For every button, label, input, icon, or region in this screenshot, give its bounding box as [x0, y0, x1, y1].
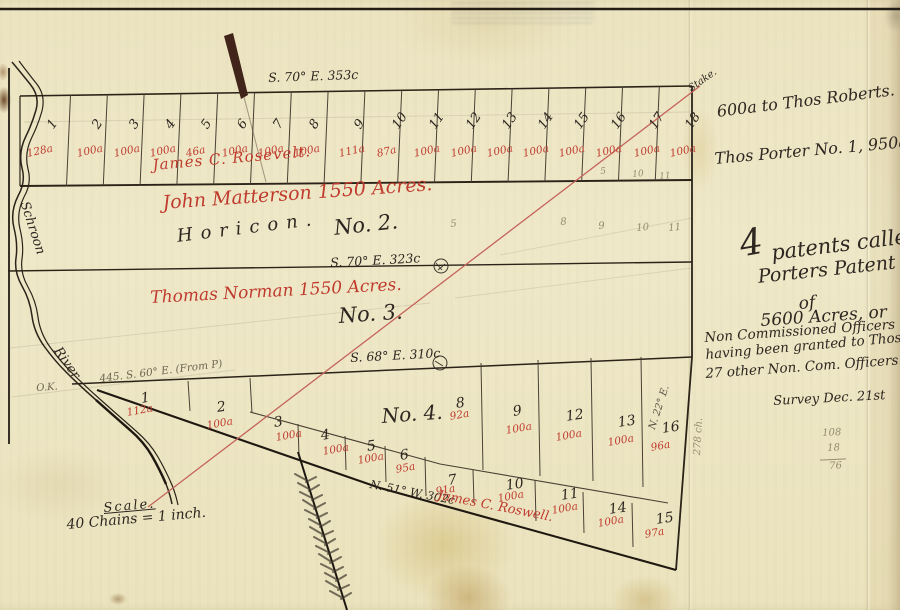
strip1-lot-number: 12 — [464, 110, 484, 131]
strip1-lot-divider — [545, 88, 549, 181]
section3-number-label: No. 3. — [338, 302, 403, 327]
no4-lot-acreage: 100a — [206, 416, 234, 431]
section2-owner-label: John Matterson 1550 Acres. — [162, 175, 433, 213]
strip1-lot-number: 3 — [127, 117, 142, 131]
strip1-lot-divider — [287, 92, 291, 184]
strip1-lot-divider — [508, 89, 512, 182]
no4-row-separator — [250, 412, 668, 503]
strip1-lot-number: 11 — [427, 110, 447, 131]
patent-line-4: 4 — [737, 224, 766, 263]
no4-lot-number: 4 — [320, 428, 331, 443]
no4-lot-number: 13 — [617, 414, 637, 430]
strip1-lot-number: 13 — [500, 110, 520, 131]
feather-arrow-barbs — [295, 474, 351, 599]
no4-lot-acreage: 100a — [551, 501, 579, 516]
embossed-stamp — [452, 0, 594, 24]
strip1-lot-number: 10 — [390, 110, 410, 131]
river-name-lower-label: River — [51, 345, 82, 381]
river-line-west — [12, 62, 172, 504]
strip1-pencil-note: 5 — [600, 168, 606, 177]
strip1-lot-divider — [435, 90, 439, 183]
strip1-bearing-label: S. 70° E. 353c — [268, 69, 359, 85]
circled-mark-upper-scribble — [436, 263, 445, 270]
strip1-lot-divider — [619, 87, 623, 181]
strip1-lot-number: 16 — [609, 110, 629, 131]
strip1-lot-number: 17 — [647, 110, 667, 131]
survey-map-scan: S. 70° E. 353c James C. Rosevelt. John M… — [0, 0, 900, 610]
strip1-top-line — [20, 86, 692, 96]
no4-lot-acreage: 100a — [505, 421, 533, 436]
pencil-fraction-value: 108 — [822, 428, 842, 439]
strip1-lot-number: 18 — [683, 110, 703, 131]
section2-pencil-number: 11 — [668, 223, 682, 234]
strip1-lot-divider — [324, 91, 328, 183]
strip1-lot-acreage: 100a — [413, 144, 441, 160]
strip1-lot-divider — [655, 86, 659, 180]
strip1-lot-acreage: 100a — [450, 144, 478, 160]
strip1-lot-number: 9 — [352, 117, 367, 131]
section2-name-label: Horicon. — [176, 211, 320, 246]
strip1-lot-number: 4 — [163, 117, 178, 131]
strip1-lot-number: 2 — [90, 117, 105, 131]
strip1-lot-number: 14 — [536, 110, 556, 131]
circled-mark-upper — [434, 259, 448, 273]
section3-bearing-label: S. 68° E. 310c — [350, 347, 441, 364]
strip1-lot-divider — [471, 89, 475, 182]
strip1-lot-divider — [67, 95, 71, 185]
no4-lot-acreage: 100a — [322, 442, 350, 457]
strip1-lot-acreage: 100a — [558, 144, 586, 160]
no4-lot-acreage: 100a — [275, 428, 303, 443]
no4-lot-number: 12 — [565, 408, 585, 424]
no4-lot-acreage: 97a — [644, 527, 665, 541]
section2-pencil-number: 9 — [598, 221, 605, 232]
strip1-lot-acreage: 100a — [76, 144, 104, 160]
strip1-lot-acreage: 111a — [338, 144, 366, 160]
strip1-lot-divider — [140, 94, 144, 185]
strip1-lot-acreage: 87a — [376, 145, 397, 159]
strip1-lot-acreage: 100a — [595, 144, 623, 160]
section2-number-label: No. 2. — [333, 211, 399, 239]
strip1-lot-acreage: 100a — [669, 144, 697, 160]
section2-bearing-label: S. 70° E. 323c — [330, 252, 421, 269]
strip1-lot-number: 15 — [572, 110, 592, 131]
strip1-pencil-note: 11 — [659, 172, 671, 182]
edge-chains-note: 278 ch. — [693, 418, 705, 456]
strip1-lot-number: 1 — [45, 117, 60, 131]
no4-lot-acreage: 96a — [650, 440, 671, 454]
section2-pencil-number: 8 — [560, 217, 567, 228]
no4-lot-dividers — [188, 357, 643, 547]
no4-lot-number: 9 — [512, 404, 523, 419]
no4-lot-number: 2 — [216, 400, 227, 415]
strip1-lot-acreage: 100a — [486, 144, 514, 160]
no4-lot-acreage: 100a — [607, 433, 635, 448]
section4-number-label: No. 4. — [381, 402, 443, 426]
pencil-fraction-value: 18 — [827, 443, 840, 454]
strip1-lot-divider — [398, 90, 402, 182]
strip1-lot-number: 5 — [199, 117, 214, 131]
feather-arrow-shaft — [298, 452, 347, 610]
strip1-lot-divider — [214, 93, 218, 184]
strip1-lot-acreage: 100a — [633, 144, 661, 160]
section2-pencil-number: 5 — [450, 219, 457, 230]
no4-lot-number: 3 — [273, 415, 284, 430]
circled-mark-lower-scribble — [435, 361, 443, 366]
strip1-lot-acreage: 100a — [113, 144, 141, 160]
strip1-lot-number: 7 — [271, 117, 286, 131]
no4-lot-acreage: 92a — [449, 409, 470, 423]
no4-pencil-bearing-label: 445. S. 60° E. (From P) — [99, 359, 223, 384]
no4-lot-acreage: 100a — [555, 428, 583, 443]
arrow-head-mark — [224, 33, 248, 99]
pencil-fraction-value: 76 — [829, 461, 842, 472]
no4-lot-acreage: 100a — [497, 489, 525, 504]
strip1-pencil-note: 10 — [632, 170, 644, 180]
strip1-lot-number: 6 — [235, 117, 250, 131]
section2-pencil-number: 10 — [636, 223, 650, 234]
strip1-lot-number: 8 — [307, 117, 322, 131]
no4-lot-acreage: 112a — [126, 403, 154, 418]
strip1-lot-acreage: 128a — [26, 144, 54, 160]
no4-lot-acreage: 100a — [597, 514, 625, 529]
strip1-lot-divider — [582, 88, 586, 181]
ok-note: O.K. — [36, 383, 58, 394]
no4-lot-acreage: 95a — [395, 462, 416, 476]
river-name-upper-label: Schroon — [18, 200, 47, 256]
strip1-lot-divider — [103, 95, 107, 186]
strip1-lot-acreage: 100a — [522, 144, 550, 160]
strip1-lot-divider — [361, 91, 365, 183]
no4-lot-acreage: 100a — [357, 451, 385, 466]
no4-lot-number: 16 — [661, 420, 681, 436]
no4-lot-number: 15 — [655, 511, 675, 527]
arrow-head-tail-line — [244, 97, 266, 182]
strip1-lot-divider — [251, 93, 255, 184]
